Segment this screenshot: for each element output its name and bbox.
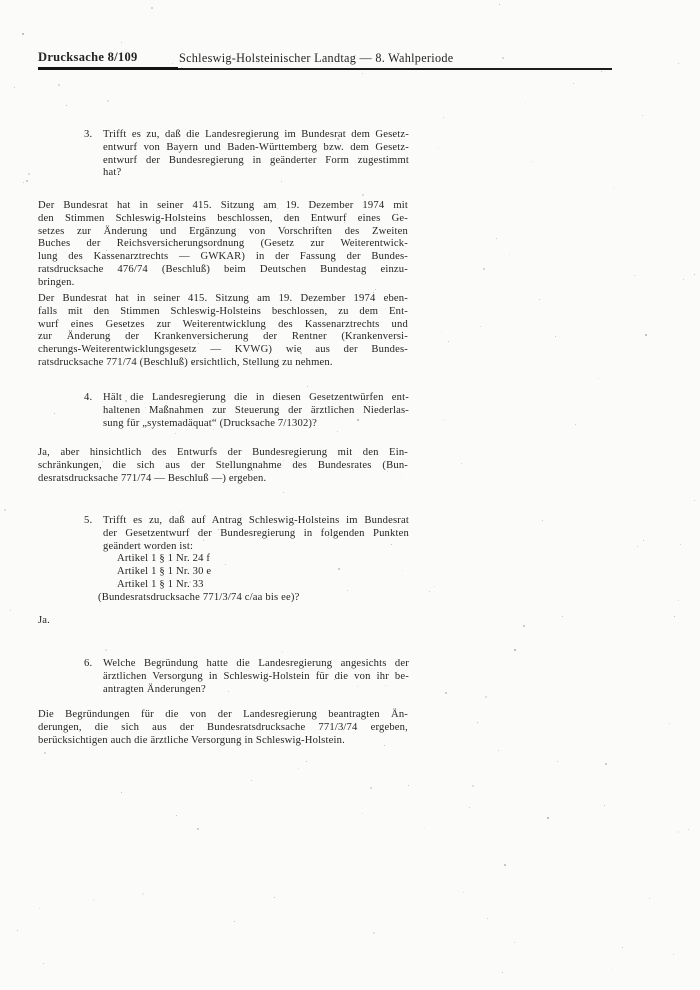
text-line: ratsdrucksache 476/74 (Beschluß) beim De… <box>38 264 408 277</box>
body-paragraph: Ja. <box>38 615 408 628</box>
text-line: Der Bundesrat hat in seiner 415. Sitzung… <box>38 200 408 213</box>
document-content: 3.Trifft es zu, daß die Landesregierung … <box>0 0 700 990</box>
text-line: Hält die Landesregierung die in diesen G… <box>103 392 409 405</box>
question-tail-line: (Bundesratsdrucksache 771/3/74 c/aa bis … <box>98 592 409 605</box>
text-line: bringen. <box>38 277 408 290</box>
text-line: schränkungen, die sich aus der Stellungn… <box>38 460 408 473</box>
text-line: Ja, aber hinsichtlich des Entwurfs der B… <box>38 447 408 460</box>
text-line: hat? <box>103 167 409 180</box>
question-text: Trifft es zu, daß auf Antrag Schleswig-H… <box>103 515 409 604</box>
question-number: 6. <box>84 658 103 696</box>
question-text: Trifft es zu, daß die Landesregierung im… <box>103 129 409 180</box>
body-paragraph: Der Bundesrat hat in seiner 415. Sitzung… <box>38 200 408 289</box>
text-line: Trifft es zu, daß auf Antrag Schleswig-H… <box>103 515 409 528</box>
text-line: Die Begründungen für die von der Landesr… <box>38 709 408 722</box>
question-item-5: 5.Trifft es zu, daß auf Antrag Schleswig… <box>84 515 409 604</box>
text-line: Buches der Reichsversicherungsordnung (G… <box>38 238 408 251</box>
text-line: haltenen Maßnahmen zur Steuerung der ärz… <box>103 405 409 418</box>
text-line: falls mit den Stimmen Schleswig-Holstein… <box>38 306 408 319</box>
scanned-document-page: Drucksache 8/109 Schleswig-Holsteinische… <box>0 0 700 990</box>
text-line: den Stimmen Schleswig-Holsteins beschlos… <box>38 213 408 226</box>
body-paragraph: Die Begründungen für die von der Landesr… <box>38 709 408 747</box>
text-line: lung des Kassenarztrechts — GWKAR) in de… <box>38 251 408 264</box>
text-line: Welche Begründung hatte die Landesregier… <box>103 658 409 671</box>
question-text: Hält die Landesregierung die in diesen G… <box>103 392 409 430</box>
question-text: Welche Begründung hatte die Landesregier… <box>103 658 409 696</box>
text-line: Der Bundesrat hat in seiner 415. Sitzung… <box>38 293 408 306</box>
question-number: 3. <box>84 129 103 180</box>
text-line: antragten Änderungen? <box>103 684 409 697</box>
text-line: Trifft es zu, daß die Landesregierung im… <box>103 129 409 142</box>
sub-item-line: Artikel 1 § 1 Nr. 24 f <box>117 553 409 566</box>
body-paragraph: Ja, aber hinsichtlich des Entwurfs der B… <box>38 447 408 485</box>
sub-item-line: Artikel 1 § 1 Nr. 33 <box>117 579 409 592</box>
question-number: 4. <box>84 392 103 430</box>
text-line: Ja. <box>38 615 408 628</box>
text-line: wurf eines Gesetzes zur Weiterentwicklun… <box>38 319 408 332</box>
text-line: der Gesetzentwurf der Bundesregierung in… <box>103 528 409 541</box>
text-line: ärztlichen Versorgung in Schleswig-Holst… <box>103 671 409 684</box>
text-line: ratsdrucksache 771/74 (Beschluß) ersicht… <box>38 357 408 370</box>
text-line: entwurf von Bayern und Baden-Württemberg… <box>103 142 409 155</box>
sub-item-line: Artikel 1 § 1 Nr. 30 e <box>117 566 409 579</box>
question-item-3: 3.Trifft es zu, daß die Landesregierung … <box>84 129 409 180</box>
text-line: geändert worden ist: <box>103 541 409 554</box>
text-line: sung für „systemadäquat“ (Drucksache 7/1… <box>103 418 409 431</box>
text-line: setzes zur Änderung und Ergänzung von Vo… <box>38 226 408 239</box>
body-paragraph: Der Bundesrat hat in seiner 415. Sitzung… <box>38 293 408 370</box>
text-line: berücksichtigen auch die ärztliche Verso… <box>38 735 408 748</box>
question-item-4: 4.Hält die Landesregierung die in diesen… <box>84 392 409 430</box>
text-line: zur Änderung der Krankenversicherung der… <box>38 331 408 344</box>
text-line: derungen, die sich aus der Bundesratsdru… <box>38 722 408 735</box>
text-line: entwurf der Bundesregierung in geänderte… <box>103 155 409 168</box>
text-line: desratsdrucksache 771/74 — Beschluß —) e… <box>38 473 408 486</box>
question-item-6: 6.Welche Begründung hatte die Landesregi… <box>84 658 409 696</box>
text-line: cherungs-Weiterentwicklungsgesetz — KVWG… <box>38 344 408 357</box>
